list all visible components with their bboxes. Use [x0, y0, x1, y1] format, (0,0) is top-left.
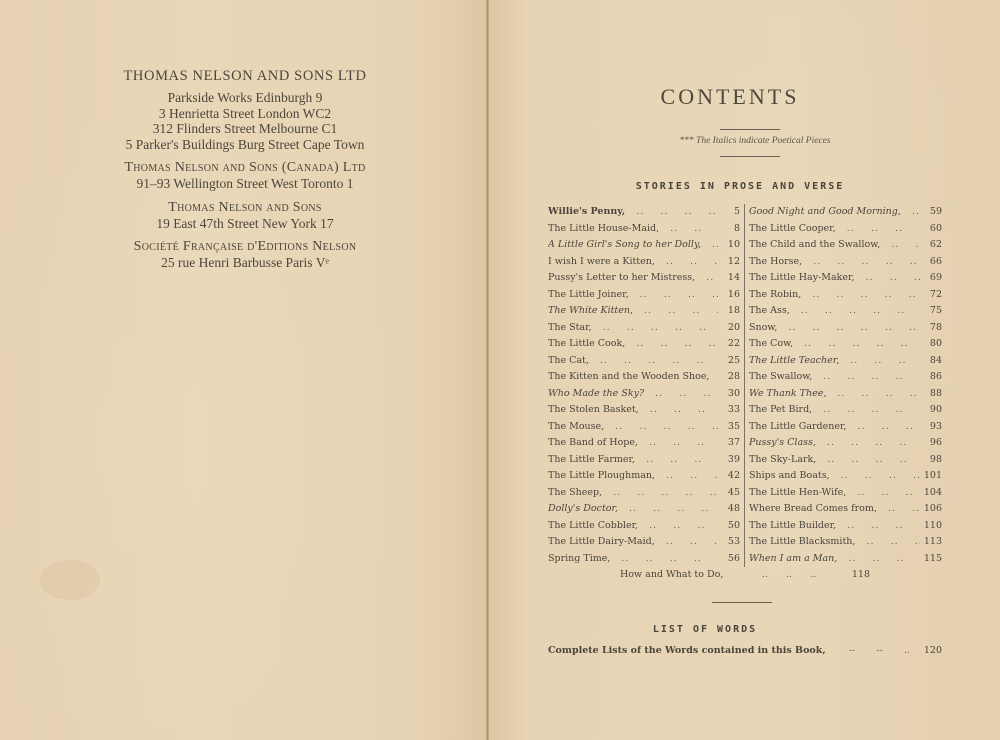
toc-entry-title: The Cow,	[749, 336, 793, 353]
toc-entry-page: 66	[920, 254, 942, 271]
leader-dots	[877, 501, 920, 518]
toc-entry[interactable]: How and What to Do, 118	[620, 569, 870, 580]
toc-entry[interactable]: The Little Teacher,84	[749, 353, 942, 370]
toc-entry-title: Snow,	[749, 320, 777, 337]
toc-entry-page: 72	[920, 287, 942, 304]
imprint-firm: Société Française d'Editions Nelson	[100, 239, 390, 255]
paper-stain	[40, 560, 100, 600]
leader-dots	[801, 287, 920, 304]
page-title: CONTENTS	[640, 84, 820, 110]
imprint-group-paris: Société Française d'Editions Nelson 25 r…	[100, 239, 390, 271]
toc-entry-title: The Sky-Lark,	[749, 452, 816, 469]
toc-entry-page: 104	[920, 485, 942, 502]
toc-entry-title: The Band of Hope,	[548, 435, 638, 452]
toc-entry-title: The Little Blacksmith,	[749, 534, 855, 551]
toc-entry-page: 35	[718, 419, 740, 436]
leader-dots	[846, 485, 920, 502]
toc-entry[interactable]: The Little Cooper,60	[749, 221, 942, 238]
toc-entry-page: 86	[920, 369, 942, 386]
toc-entry-page: 53	[718, 534, 740, 551]
toc-entry-title: Good Night and Good Morning,	[749, 204, 901, 221]
toc-entry-title: Dolly's Doctor,	[548, 501, 618, 518]
leader-dots	[826, 386, 920, 403]
toc-entry-title: The Little Cobbler,	[548, 518, 638, 535]
toc-entry-page: 88	[920, 386, 942, 403]
toc-entry[interactable]: The Horse,66	[749, 254, 942, 271]
toc-entry[interactable]: The Little Hay-Maker,69	[749, 270, 942, 287]
toc-entry-title: The Star,	[548, 320, 592, 337]
page-gutter	[486, 0, 489, 740]
toc-entry[interactable]: The Robin,72	[749, 287, 942, 304]
toc-entry[interactable]: Snow,78	[749, 320, 942, 337]
toc-entry[interactable]: Pussy's Letter to her Mistress,14	[548, 270, 740, 287]
toc-entry-page: 115	[920, 551, 942, 568]
toc-entry-page: 45	[718, 485, 740, 502]
imprint-firm: Thomas Nelson and Sons (Canada) Ltd	[100, 160, 390, 176]
table-of-contents: Willie's Penny,5The Little House-Maid,8A…	[548, 204, 942, 567]
leader-dots	[816, 435, 920, 452]
imprint-firm: Thomas Nelson and Sons	[100, 200, 390, 216]
toc-entry-title: The Sheep,	[548, 485, 602, 502]
imprint-address: 5 Parker's Buildings Burg Street Cape To…	[100, 137, 390, 153]
toc-entry-page: 60	[920, 221, 942, 238]
toc-entry[interactable]: The Cow,80	[749, 336, 942, 353]
leader-dots	[618, 501, 718, 518]
toc-entry-page: 90	[920, 402, 942, 419]
toc-entry-title: The Little Farmer,	[548, 452, 635, 469]
leader-dots	[659, 221, 718, 238]
toc-entry-title: Ships and Boats,	[749, 468, 830, 485]
leader-dots	[655, 254, 718, 271]
toc-entry-page: 110	[920, 518, 942, 535]
toc-entry[interactable]: The Child and the Swallow,62	[749, 237, 942, 254]
toc-entry[interactable]: Pussy's Class,96	[749, 435, 942, 452]
toc-entry-page: 106	[920, 501, 942, 518]
toc-entry[interactable]: Good Night and Good Morning,59	[749, 204, 942, 221]
toc-left-column: Willie's Penny,5The Little House-Maid,8A…	[548, 204, 745, 567]
leader-dots	[855, 534, 920, 551]
leader-dots	[836, 518, 920, 535]
toc-entry-title: The Little Builder,	[749, 518, 836, 535]
toc-entry[interactable]: Complete Lists of the Words contained in…	[548, 645, 942, 656]
toc-entry-title: The Pet Bird,	[749, 402, 812, 419]
toc-entry-title: Pussy's Class,	[749, 435, 816, 452]
leader-dots	[836, 221, 920, 238]
toc-entry[interactable]: The Pet Bird,90	[749, 402, 942, 419]
leader-dots	[793, 336, 920, 353]
toc-entry-page: 93	[920, 419, 942, 436]
toc-right-column: Good Night and Good Morning,59The Little…	[745, 204, 942, 567]
toc-entry-page: 33	[718, 402, 740, 419]
imprint-address: 3 Henrietta Street London WC2	[100, 106, 390, 122]
leader-dots	[695, 270, 718, 287]
toc-entry-page: 10	[718, 237, 740, 254]
leader-dots	[709, 369, 718, 386]
leader-dots	[602, 485, 718, 502]
toc-entry-title: The Little House-Maid,	[548, 221, 659, 238]
toc-entry[interactable]: The Star,20	[548, 320, 740, 337]
toc-entry-page: 16	[718, 287, 740, 304]
leader-dots	[638, 435, 718, 452]
toc-entry-title: The Cat,	[548, 353, 589, 370]
toc-entry-title: A Little Girl's Song to her Dolly,	[548, 237, 701, 254]
imprint-group-canada: Thomas Nelson and Sons (Canada) Ltd 91–9…	[100, 160, 390, 192]
toc-entry[interactable]: The Sheep,45	[548, 485, 740, 502]
left-page: THOMAS NELSON AND SONS LTD Parkside Work…	[0, 0, 487, 740]
leader-dots	[830, 468, 920, 485]
toc-entry-title: Complete Lists of the Words contained in…	[548, 645, 826, 656]
toc-entry-title: The Mouse,	[548, 419, 604, 436]
toc-entry-title: Pussy's Letter to her Mistress,	[548, 270, 695, 287]
toc-entry-title: The Kitten and the Wooden Shoe,	[548, 369, 709, 386]
imprint-group-edinburgh: THOMAS NELSON AND SONS LTD Parkside Work…	[100, 68, 390, 152]
toc-entry[interactable]: The Mouse,35	[548, 419, 740, 436]
toc-entry[interactable]: The Little Farmer,39	[548, 452, 740, 469]
toc-entry[interactable]: The Stolen Basket,33	[548, 402, 740, 419]
toc-entry-page: 80	[920, 336, 942, 353]
toc-entry[interactable]: The Little Gardener,93	[749, 419, 942, 436]
toc-entry-page: 12	[718, 254, 740, 271]
leader-dots	[655, 468, 718, 485]
toc-entry-title: The Little Hen-Wife,	[749, 485, 846, 502]
imprint-firm: THOMAS NELSON AND SONS LTD	[100, 68, 390, 85]
toc-entry[interactable]: Willie's Penny,5	[548, 204, 740, 221]
toc-entry-title: When I am a Man,	[749, 551, 837, 568]
toc-entry-title: The Little Joiner,	[548, 287, 629, 304]
divider-rule	[712, 602, 772, 603]
toc-entry-page: 25	[718, 353, 740, 370]
toc-entry-title: I wish I were a Kitten,	[548, 254, 655, 271]
toc-entry[interactable]: The Band of Hope,37	[548, 435, 740, 452]
publisher-imprint: THOMAS NELSON AND SONS LTD Parkside Work…	[100, 68, 390, 279]
leader-dots	[655, 534, 718, 551]
toc-entry-title: The Ass,	[749, 303, 790, 320]
toc-entry-page: 101	[920, 468, 942, 485]
section-heading-stories: STORIES IN PROSE AND VERSE	[600, 181, 880, 192]
toc-entry-title: The Little Cook,	[548, 336, 625, 353]
toc-entry-page: 22	[718, 336, 740, 353]
toc-entry-page: 18	[718, 303, 740, 320]
toc-entry[interactable]: The Little Cook,22	[548, 336, 740, 353]
toc-entry-page: 28	[718, 369, 740, 386]
toc-entry[interactable]: The Little Joiner,16	[548, 287, 740, 304]
toc-entry-title: How and What to Do,	[620, 569, 723, 580]
toc-entry[interactable]: The Swallow,86	[749, 369, 942, 386]
toc-entry-page: 5	[718, 204, 740, 221]
toc-entry-title: The White Kitten,	[548, 303, 633, 320]
toc-entry-page: 48	[718, 501, 740, 518]
toc-entry-page: 8	[718, 221, 740, 238]
toc-entry-page: 56	[718, 551, 740, 568]
toc-entry-title: The Horse,	[749, 254, 802, 271]
leader-dots	[837, 551, 920, 568]
toc-entry[interactable]: Where Bread Comes from,106	[749, 501, 942, 518]
toc-entry-page: 69	[920, 270, 942, 287]
toc-entry[interactable]: The Little Hen-Wife,104	[749, 485, 942, 502]
leader-dots	[604, 419, 718, 436]
leader-dots	[777, 320, 920, 337]
toc-entry-page: 30	[718, 386, 740, 403]
toc-entry-page: 39	[718, 452, 740, 469]
imprint-group-new-york: Thomas Nelson and Sons 19 East 47th Stre…	[100, 200, 390, 232]
toc-entry[interactable]: The White Kitten,18	[548, 303, 740, 320]
toc-entry-page: 14	[718, 270, 740, 287]
leader-dots	[855, 270, 920, 287]
toc-entry[interactable]: The Little House-Maid,8	[548, 221, 740, 238]
toc-entry-title: The Robin,	[749, 287, 801, 304]
leader-dots	[812, 369, 920, 386]
toc-entry-page: 59	[920, 204, 942, 221]
toc-entry-page: 96	[920, 435, 942, 452]
imprint-address: 312 Flinders Street Melbourne C1	[100, 121, 390, 137]
imprint-address: 19 East 47th Street New York 17	[100, 216, 390, 232]
toc-entry[interactable]: The Little Cobbler,50	[548, 518, 740, 535]
leader-dots	[639, 402, 718, 419]
toc-entry[interactable]: The Sky-Lark,98	[749, 452, 942, 469]
toc-entry-title: Who Made the Sky?	[548, 386, 644, 403]
toc-entry-title: Spring Time,	[548, 551, 610, 568]
leader-dots	[635, 452, 718, 469]
leader-dots	[625, 336, 718, 353]
toc-entry-title: The Little Cooper,	[749, 221, 836, 238]
toc-entry[interactable]: When I am a Man,115	[749, 551, 942, 568]
leader-dots	[633, 303, 718, 320]
leader-dots	[812, 402, 920, 419]
toc-entry[interactable]: The Little Ploughman,42	[548, 468, 740, 485]
toc-entry-page: 37	[718, 435, 740, 452]
toc-entry-title: Willie's Penny,	[548, 204, 625, 221]
toc-entry-title: The Little Gardener,	[749, 419, 847, 436]
toc-entry[interactable]: The Little Blacksmith,113	[749, 534, 942, 551]
toc-entry[interactable]: Who Made the Sky?30	[548, 386, 740, 403]
leader-dots	[589, 353, 718, 370]
divider-rule	[720, 156, 780, 157]
toc-entry[interactable]: Dolly's Doctor,48	[548, 501, 740, 518]
toc-entry-page: 62	[920, 237, 942, 254]
leader-dots	[638, 518, 718, 535]
imprint-address: 25 rue Henri Barbusse Paris Vᵉ	[100, 255, 390, 271]
leader-dots	[610, 551, 718, 568]
toc-entry[interactable]: We Thank Thee,88	[749, 386, 942, 403]
toc-entry-title: The Little Dairy-Maid,	[548, 534, 655, 551]
toc-entry[interactable]: The Little Dairy-Maid,53	[548, 534, 740, 551]
toc-entry[interactable]: I wish I were a Kitten,12	[548, 254, 740, 271]
toc-entry-page: 98	[920, 452, 942, 469]
toc-entry-title: The Swallow,	[749, 369, 812, 386]
leader-dots	[592, 320, 718, 337]
toc-entry[interactable]: The Ass,75	[749, 303, 942, 320]
toc-entry-page: 50	[718, 518, 740, 535]
leader-dots	[723, 569, 852, 580]
leader-dots	[816, 452, 920, 469]
toc-entry[interactable]: Ships and Boats,101	[749, 468, 942, 485]
toc-entry-page: 118	[852, 569, 870, 580]
leader-dots	[701, 237, 718, 254]
leader-dots	[880, 237, 920, 254]
leader-dots	[625, 204, 718, 221]
toc-entry-page: 75	[920, 303, 942, 320]
toc-entry-page: 120	[924, 645, 942, 656]
leader-dots	[901, 204, 920, 221]
leader-dots	[629, 287, 718, 304]
toc-entry-title: The Child and the Swallow,	[749, 237, 880, 254]
leader-dots	[826, 645, 924, 656]
imprint-address: 91–93 Wellington Street West Toronto 1	[100, 176, 390, 192]
toc-entry-page: 113	[920, 534, 942, 551]
toc-entry[interactable]: The Little Builder,110	[749, 518, 942, 535]
leader-dots	[847, 419, 920, 436]
toc-entry[interactable]: Spring Time,56	[548, 551, 740, 568]
section-heading-words: LIST OF WORDS	[620, 624, 790, 635]
toc-entry-title: The Stolen Basket,	[548, 402, 639, 419]
leader-dots	[839, 353, 920, 370]
toc-entry-page: 42	[718, 468, 740, 485]
italics-note: *** The Italics indicate Poetical Pieces	[640, 136, 870, 146]
leader-dots	[802, 254, 920, 271]
leader-dots	[644, 386, 718, 403]
toc-entry-title: The Little Teacher,	[749, 353, 839, 370]
leader-dots	[790, 303, 920, 320]
toc-entry-title: Where Bread Comes from,	[749, 501, 877, 518]
toc-entry-page: 20	[718, 320, 740, 337]
toc-entry-title: The Little Hay-Maker,	[749, 270, 855, 287]
toc-entry[interactable]: The Kitten and the Wooden Shoe,28	[548, 369, 740, 386]
toc-entry-page: 84	[920, 353, 942, 370]
divider-rule	[720, 129, 780, 130]
toc-entry[interactable]: The Cat,25	[548, 353, 740, 370]
toc-entry[interactable]: A Little Girl's Song to her Dolly,10	[548, 237, 740, 254]
toc-entry-title: The Little Ploughman,	[548, 468, 655, 485]
imprint-address: Parkside Works Edinburgh 9	[100, 90, 390, 106]
toc-entry-title: We Thank Thee,	[749, 386, 826, 403]
toc-entry-page: 78	[920, 320, 942, 337]
